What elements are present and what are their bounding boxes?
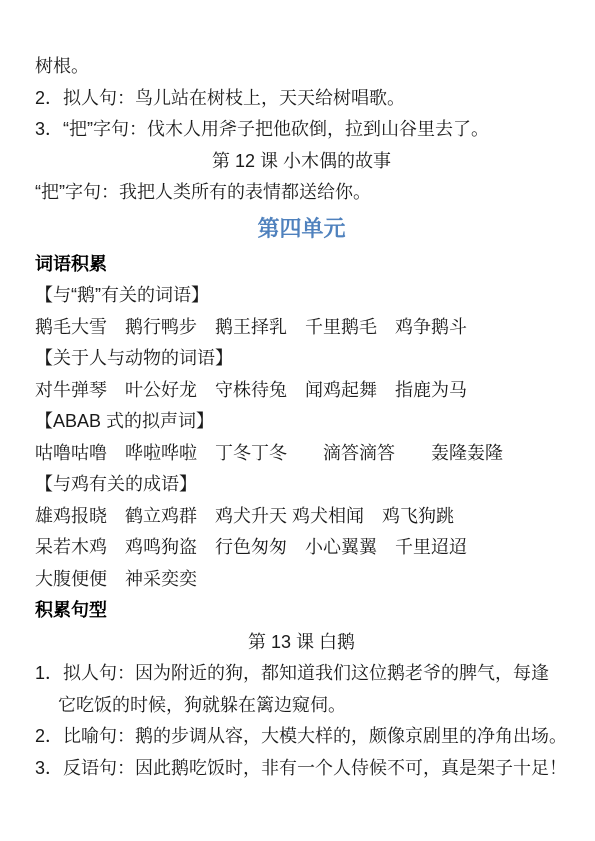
sentence-item-2: 2．比喻句：鹅的步调从容，大模大样的，颇像京剧里的净角出场。 bbox=[35, 721, 568, 753]
lesson-12-title: 第 12 课 小木偶的故事 bbox=[35, 146, 568, 178]
word-row: 呆若木鸡 鸡鸣狗盗 行色匆匆 小心翼翼 千里迢迢 bbox=[35, 532, 568, 564]
lesson-12-section: 树根。 2．拟人句：鸟儿站在树枝上，天天给树唱歌。 3．“把”字句：伐木人用斧子… bbox=[35, 51, 568, 209]
personification-sentence: 2．拟人句：鸟儿站在树枝上，天天给树唱歌。 bbox=[35, 83, 568, 115]
word-row: 雄鸡报晓 鹤立鸡群 鸡犬升天 鸡犬相闻 鸡飞狗跳 bbox=[35, 501, 568, 533]
ba-pattern-sentence-2: “把”字句：我把人类所有的表情都送给你。 bbox=[35, 177, 568, 209]
word-group-label: 【关于人与动物的词语】 bbox=[35, 343, 568, 375]
sentence-item-3: 3．反语句：因此鹅吃饭时，非有一个人侍候不可，真是架子十足！ bbox=[35, 753, 568, 785]
document-page: 树根。 2．拟人句：鸟儿站在树枝上，天天给树唱歌。 3．“把”字句：伐木人用斧子… bbox=[0, 0, 595, 841]
sentence-1-line-2: 它吃饭的时候，狗就躲在篱边窥伺。 bbox=[58, 690, 568, 722]
word-group-label: 【与鸡有关的成语】 bbox=[35, 469, 568, 501]
sentences-section: 积累句型 第 13 课 白鹅 1．拟人句：因为附近的狗，都知道我们这位鹅老爷的脾… bbox=[35, 595, 568, 784]
word-row: 鹅毛大雪 鹅行鸭步 鹅王择乳 千里鹅毛 鸡争鹅斗 bbox=[35, 312, 568, 344]
word-row: 咕噜咕噜 哗啦哗啦 丁冬丁冬 滴答滴答 轰隆轰隆 bbox=[35, 438, 568, 470]
words-section-heading: 词语积累 bbox=[35, 249, 568, 281]
word-group-label: 【与“鹅”有关的词语】 bbox=[35, 280, 568, 312]
word-group-label: 【ABAB 式的拟声词】 bbox=[35, 406, 568, 438]
sentence-item-1: 1．拟人句：因为附近的狗，都知道我们这位鹅老爷的脾气，每逢 它吃饭的时候，狗就躲… bbox=[35, 658, 568, 721]
word-row: 对牛弹琴 叶公好龙 守株待兔 闻鸡起舞 指鹿为马 bbox=[35, 375, 568, 407]
sentences-section-heading: 积累句型 bbox=[35, 595, 568, 627]
words-section: 词语积累 【与“鹅”有关的词语】 鹅毛大雪 鹅行鸭步 鹅王择乳 千里鹅毛 鸡争鹅… bbox=[35, 249, 568, 596]
sentence-continuation: 树根。 bbox=[35, 51, 568, 83]
lesson-13-title: 第 13 课 白鹅 bbox=[35, 627, 568, 659]
unit-4-heading: 第四单元 bbox=[35, 209, 568, 249]
word-row: 大腹便便 神采奕奕 bbox=[35, 564, 568, 596]
ba-pattern-sentence: 3．“把”字句：伐木人用斧子把他砍倒，拉到山谷里去了。 bbox=[35, 114, 568, 146]
sentence-1-line-1: 1．拟人句：因为附近的狗，都知道我们这位鹅老爷的脾气，每逢 bbox=[35, 658, 568, 690]
